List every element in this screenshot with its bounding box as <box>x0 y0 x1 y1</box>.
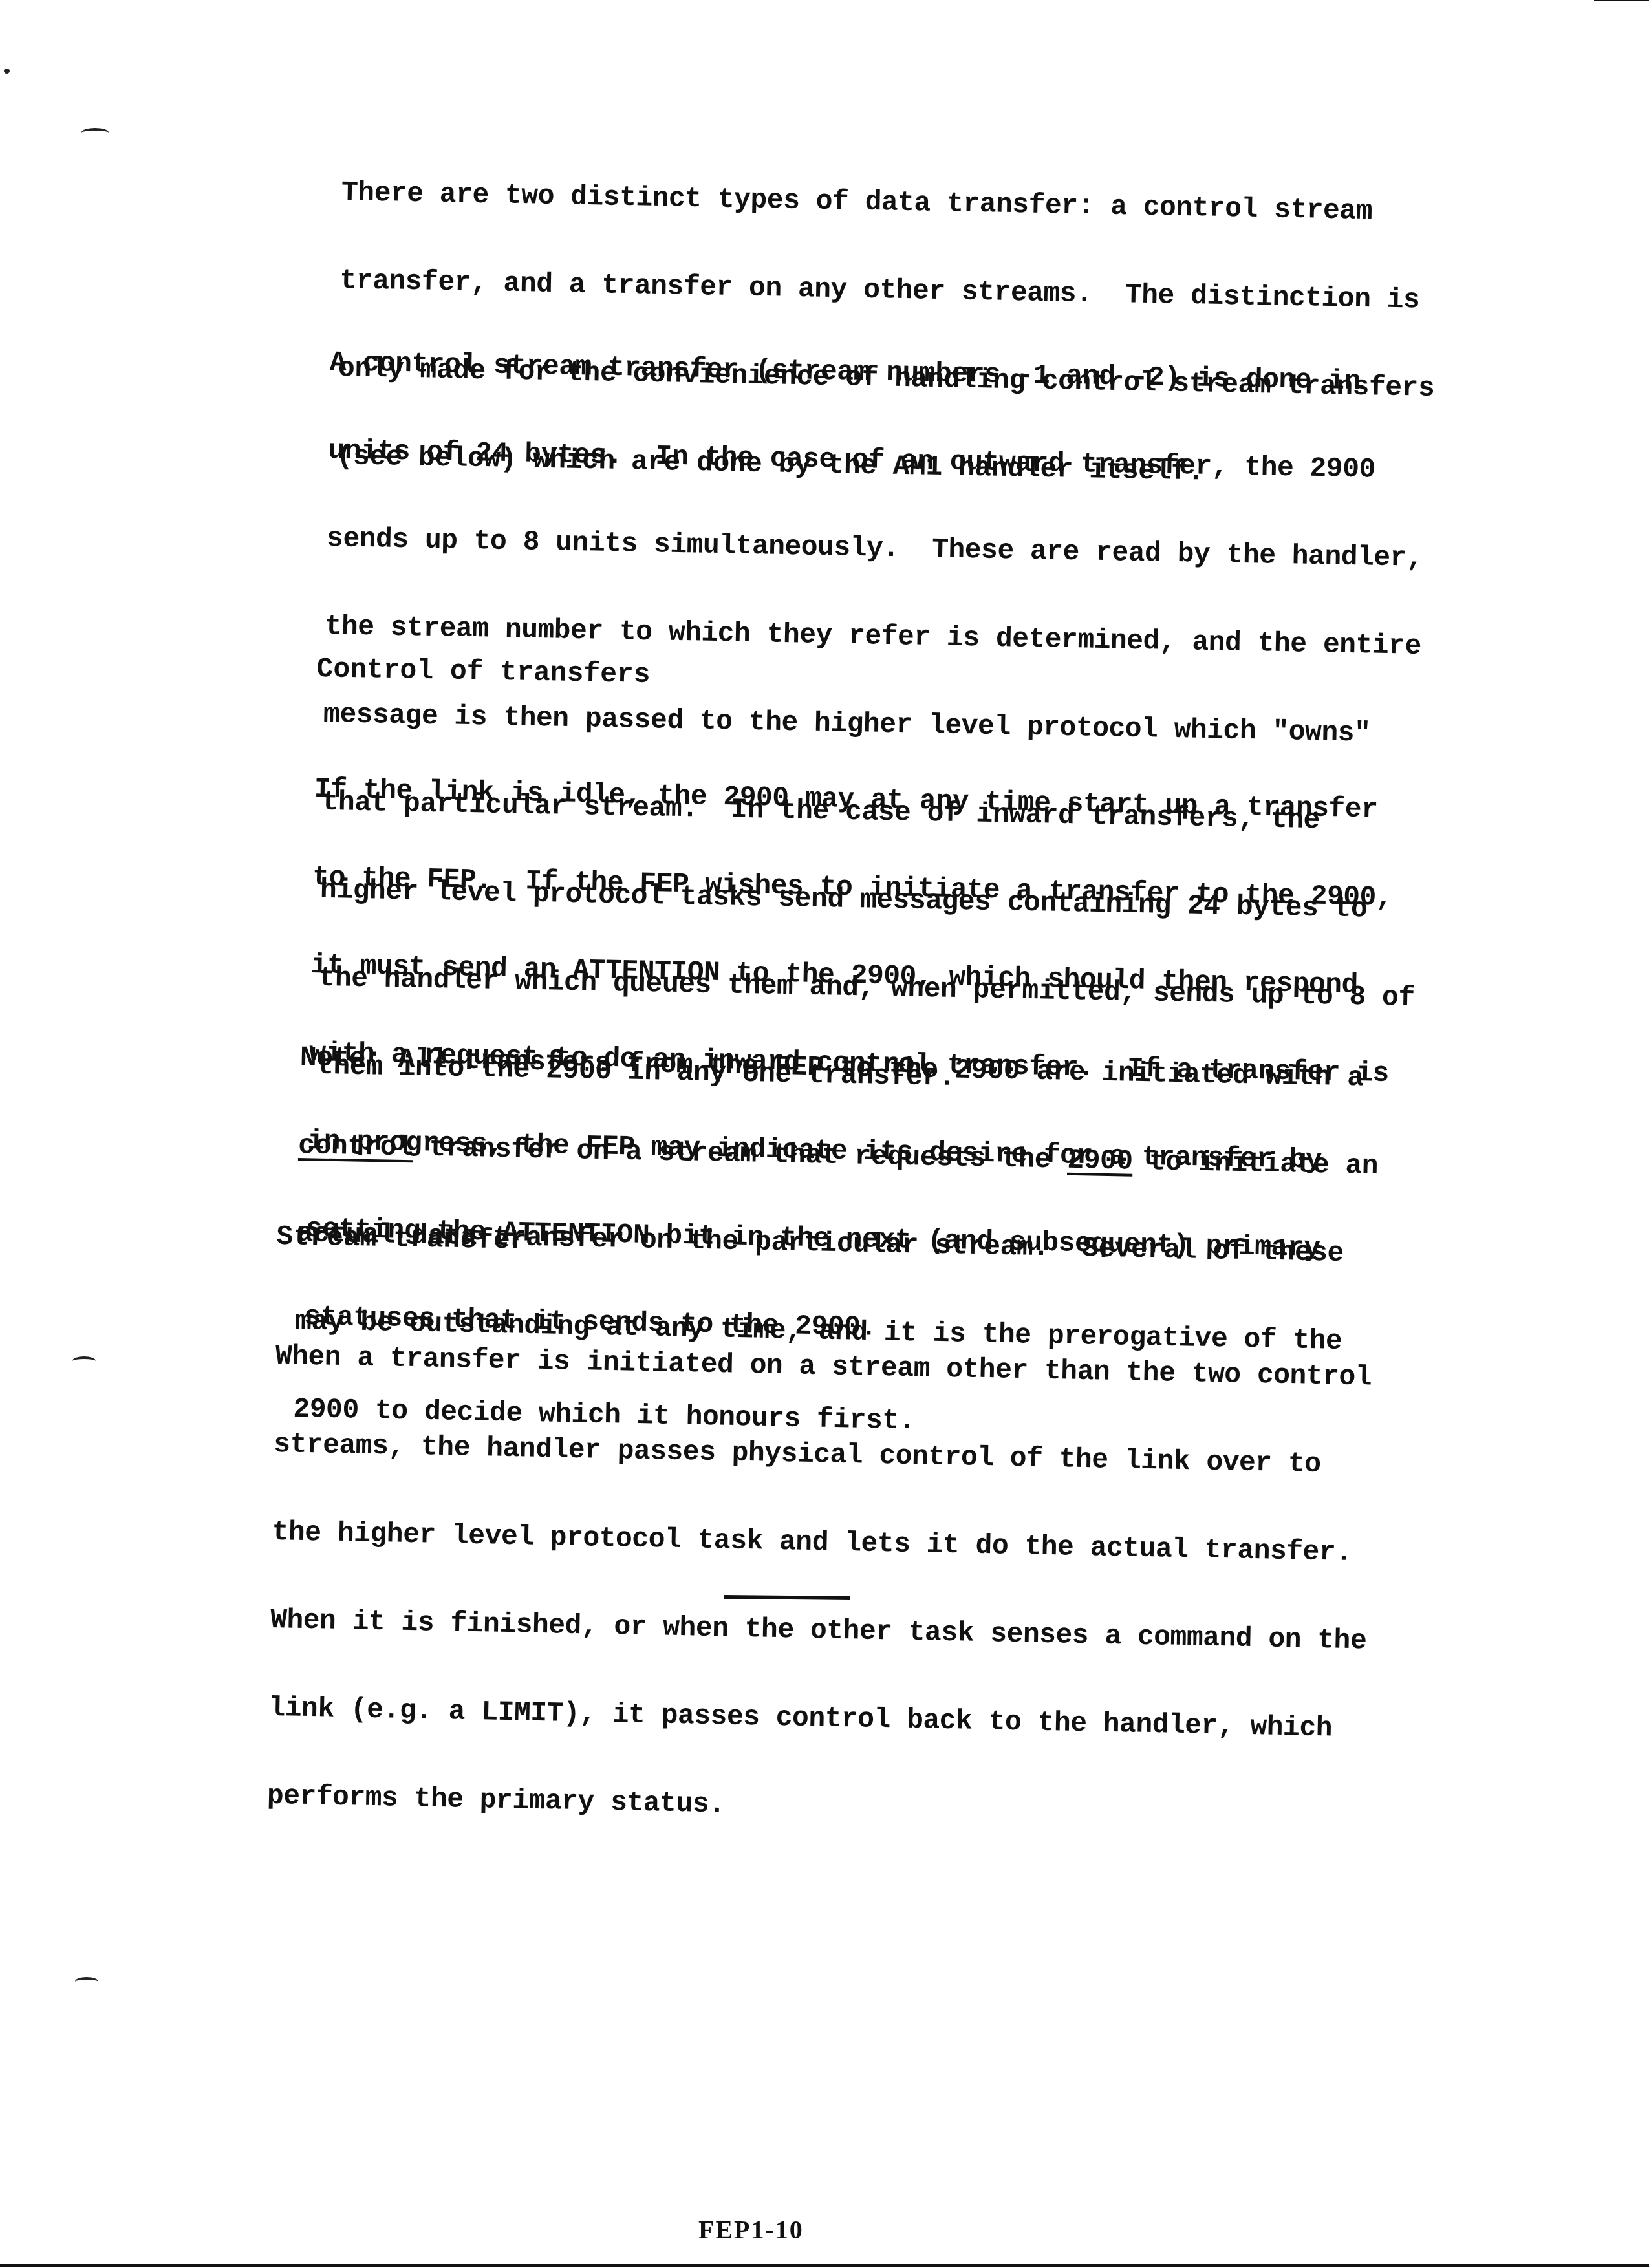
top-right-rule <box>1594 0 1649 1</box>
text-line: When a transfer is initiated on a stream… <box>275 1342 1372 1396</box>
text-line: the higher level protocol task and lets … <box>272 1518 1368 1572</box>
text-line: performs the primary status. <box>266 1782 1363 1835</box>
text-line: A control stream transfer (stream number… <box>330 348 1427 401</box>
bottom-border-rule <box>0 2264 1649 2267</box>
text-line: control transfer on a stream that reques… <box>298 1131 1379 1184</box>
text-line: sends up to 8 units simultaneously. Thes… <box>327 524 1423 577</box>
text-line: When it is finished, or when the other t… <box>270 1606 1367 1660</box>
text-line: link (e.g. a LIMIT), it passes control b… <box>268 1694 1365 1748</box>
page-number: FEP1-10 <box>698 2214 804 2245</box>
heading-stream-transfer: Stream transfer <box>276 1221 527 1257</box>
paragraph-stream-transfer: When a transfer is initiated on a stream… <box>266 1287 1373 1890</box>
margin-mark <box>81 128 109 137</box>
underlined-2900: 2900 <box>1067 1144 1133 1177</box>
text-line: to the FEP. If the FEP wishes to initiat… <box>312 863 1393 916</box>
text-line: If the link is idle, the 2900 may at any… <box>314 775 1394 828</box>
margin-mark <box>72 1356 96 1365</box>
underlined-control: control <box>298 1129 413 1163</box>
text-line: units of 24 bytes. In the case of an out… <box>328 436 1425 489</box>
margin-mark <box>75 1977 98 1986</box>
text-line: There are two distinct types of data tra… <box>341 178 1438 231</box>
text-line: Note: All transfers from the FEP to the … <box>299 1043 1380 1097</box>
text-line: streams, the handler passes physical con… <box>274 1430 1370 1484</box>
document-page: There are two distinct types of data tra… <box>0 0 1649 2268</box>
heading-control-of-transfers: Control of transfers <box>316 653 651 690</box>
punch-dot <box>4 69 10 74</box>
